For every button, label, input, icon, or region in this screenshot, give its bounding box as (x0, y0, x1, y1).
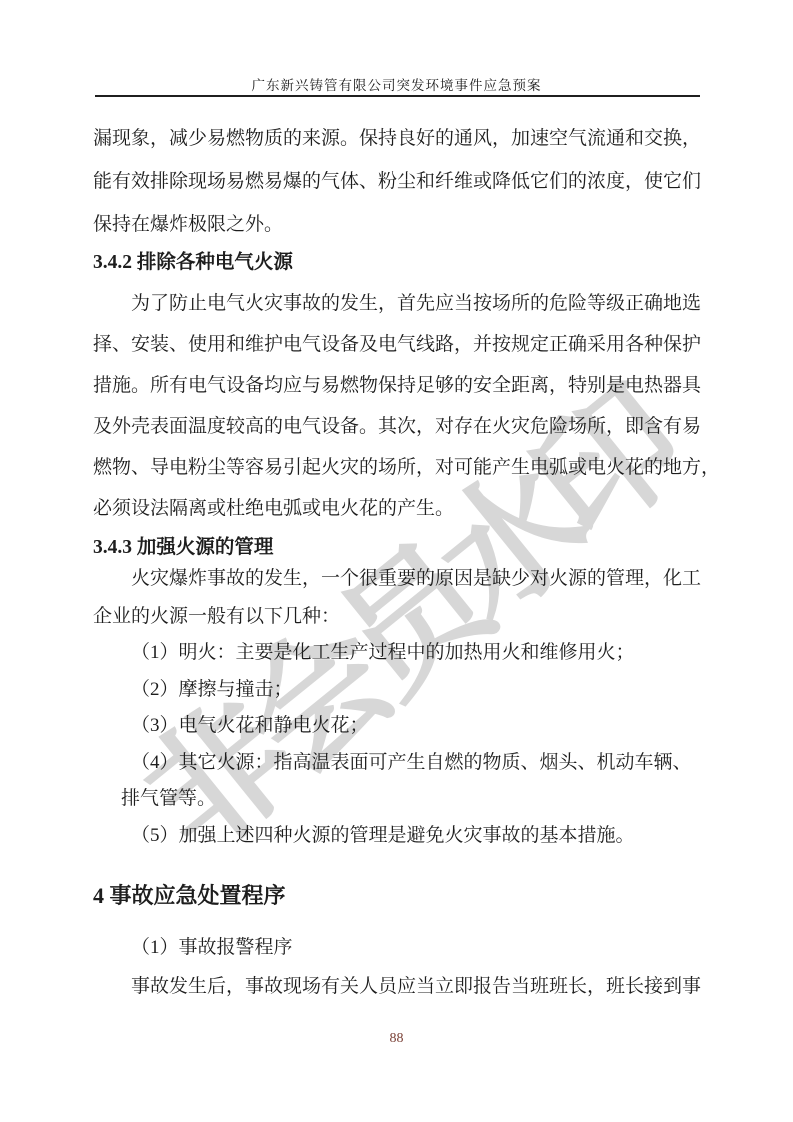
paragraph-line: 能有效排除现场易燃易爆的气体、粉尘和纤维或降低它们的浓度，使它们 (93, 160, 709, 203)
list-item: （2）摩擦与撞击； (93, 672, 709, 709)
paragraph-accident-report: 事故发生后，事故现场有关人员应当立即报告当班班长，班长接到事 (93, 971, 709, 998)
list-item-continuation: 排气管等。 (93, 781, 709, 818)
paragraph-fire-source-management: 火灾爆炸事故的发生，一个很重要的原因是缺少对火源的管理，化工 企业的火源一般有以… (93, 560, 709, 636)
paragraph-line: 措施。所有电气设备均应与易燃物保持足够的安全距离，特别是电热器具 (93, 365, 709, 406)
section-heading-3-4-2: 3.4.2 排除各种电气火源 (93, 246, 709, 274)
chapter-heading-4: 4 事故应急处置程序 (93, 879, 709, 910)
list-item: （5）加强上述四种火源的管理是避免火灾事故的基本措施。 (93, 818, 709, 855)
section-heading-3-4-3: 3.4.3 加强火源的管理 (93, 531, 709, 559)
paragraph-line: 为了防止电气火灾事故的发生，首先应当按场所的危险等级正确地选 (93, 283, 709, 324)
paragraph-line: 保持在爆炸极限之外。 (93, 203, 709, 246)
document-page: 广东新兴铸管有限公司突发环境事件应急预案 非会员水印 漏现象，减少易燃物质的来源… (0, 0, 793, 1122)
header-rule-line (95, 95, 700, 97)
paragraph-line: 及外壳表面温度较高的电气设备。其次，对存在火灾危险场所，即含有易 (93, 406, 709, 447)
list-item: （3）电气火花和静电火花； (93, 708, 709, 745)
paragraph-line: 企业的火源一般有以下几种： (93, 598, 709, 636)
paragraph-line: 择、安装、使用和维护电气设备及电气线路，并按规定正确采用各种保护 (93, 324, 709, 365)
list-item: （4）其它火源：指高温表面可产生自燃的物质、烟头、机动车辆、 (93, 745, 709, 782)
page-number: 88 (0, 1031, 793, 1047)
paragraph-electrical-fire: 为了防止电气火灾事故的发生，首先应当按场所的危险等级正确地选 择、安装、使用和维… (93, 283, 709, 529)
paragraph-line: 火灾爆炸事故的发生，一个很重要的原因是缺少对火源的管理，化工 (93, 560, 709, 598)
list-item: （1）明火：主要是化工生产过程中的加热用火和维修用火； (93, 635, 709, 672)
paragraph-line: 事故发生后，事故现场有关人员应当立即报告当班班长，班长接到事 (93, 971, 709, 998)
paragraph-leak-prevention: 漏现象，减少易燃物质的来源。保持良好的通风，加速空气流通和交换， 能有效排除现场… (93, 117, 709, 246)
paragraph-line: 燃物、导电粉尘等容易引起火灾的场所，对可能产生电弧或电火花的地方， (93, 447, 709, 488)
page-header-title: 广东新兴铸管有限公司突发环境事件应急预案 (0, 74, 793, 94)
paragraph-line: 必须设法隔离或杜绝电弧或电火花的产生。 (93, 488, 709, 529)
list-item: （1）事故报警程序 (93, 932, 709, 959)
procedure-subitem: （1）事故报警程序 (93, 932, 709, 959)
fire-source-list: （1）明火：主要是化工生产过程中的加热用火和维修用火； （2）摩擦与撞击； （3… (93, 635, 709, 855)
paragraph-line: 漏现象，减少易燃物质的来源。保持良好的通风，加速空气流通和交换， (93, 117, 709, 160)
